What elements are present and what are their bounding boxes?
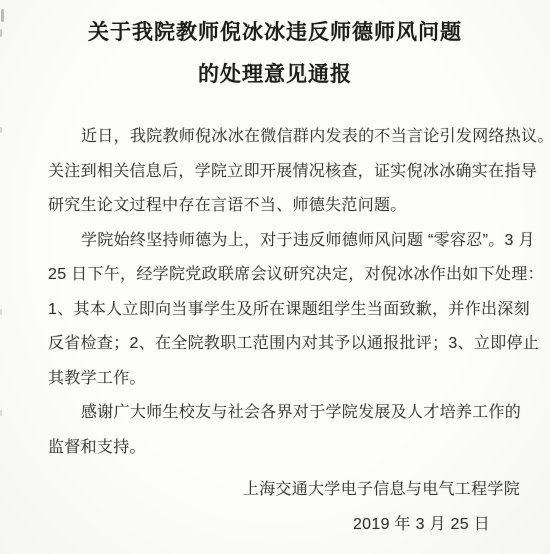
notice-document: 关于我院教师倪冰冰违反师德师风问题 的处理意见通报 近日，我院教师倪冰冰在微信群… [0, 0, 550, 554]
notice-line: 研究生论文过程中存在言语不当、师德失范问题。 [48, 189, 530, 224]
notice-line: 其教学工作。 [48, 362, 530, 397]
signature-date: 2019 年 3 月 25 日 [0, 508, 550, 543]
notice-line: 25 日下午，经学院党政联席会议研究决定，对倪冰冰作出如下处理： [48, 258, 530, 293]
scan-speck [0, 127, 2, 133]
notice-title-line1: 关于我院教师倪冰冰违反师德师风问题 [0, 12, 550, 54]
scan-speck [0, 410, 2, 416]
signature-organization: 上海交通大学电子信息与电气工程学院 [0, 473, 550, 508]
notice-body: 近日，我院教师倪冰冰在微信群内发表的不当言论引发网络热议。 关注到相关信息后，学… [0, 120, 550, 465]
scan-speck [0, 309, 2, 315]
notice-line: 感谢广大师生校友与社会各界对于学院发展及人才培养工作的 [48, 396, 530, 431]
scan-speck [1, 9, 4, 22]
notice-line: 关注到相关信息后，学院立即开展情况核查，证实倪冰冰确实在指导 [48, 155, 530, 190]
notice-title: 关于我院教师倪冰冰违反师德师风问题 的处理意见通报 [0, 12, 550, 96]
notice-line: 近日，我院教师倪冰冰在微信群内发表的不当言论引发网络热议。 [48, 120, 530, 155]
notice-title-line2: 的处理意见通报 [0, 54, 550, 96]
notice-line: 反省检查；2、在全院教职工范围内对其予以通报批评；3、立即停止 [48, 327, 530, 362]
notice-line: 监督和支持。 [48, 431, 530, 466]
notice-signature: 上海交通大学电子信息与电气工程学院 2019 年 3 月 25 日 [0, 473, 550, 542]
scan-speck [0, 29, 2, 37]
notice-line: 1、其本人立即向当事学生及所在课题组学生当面致歉，并作出深刻 [48, 293, 530, 328]
notice-line: 学院始终坚持师德为上，对于违反师德师风问题 “零容忍”。3 月 [48, 224, 530, 259]
